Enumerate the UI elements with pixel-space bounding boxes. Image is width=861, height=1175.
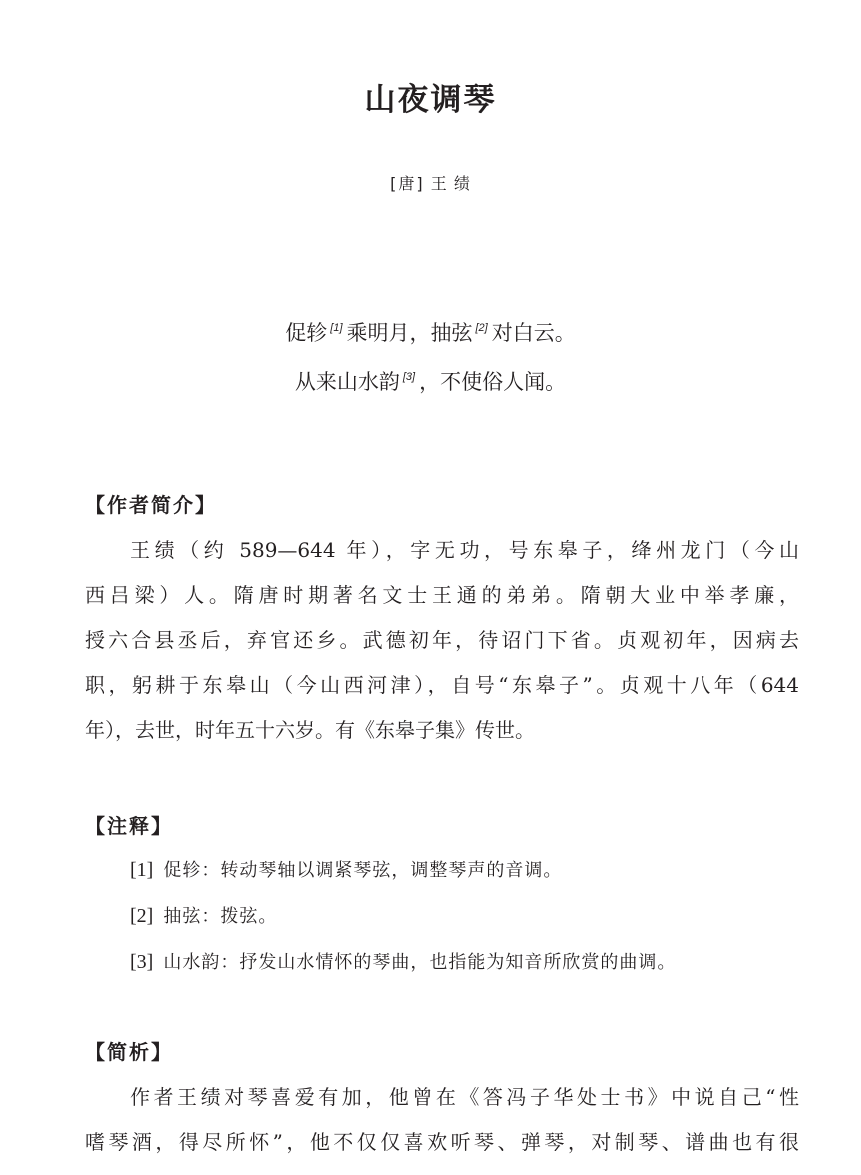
poem-body: 促轸[1]乘明月，抽弦[2]对白云。 从来山水韵[3]，不使俗人闻。 <box>0 306 861 404</box>
text-line: 作者王绩对琴喜爱有加，他曾在《答冯子华处士书》中说自己“性 <box>85 1075 799 1120</box>
section-heading-analysis: 【简析】 <box>85 1037 173 1067</box>
author-dynasty: [唐] <box>390 174 425 193</box>
text-line: 西吕梁）人。隋唐时期著名文士王通的弟弟。隋朝大业中举孝廉， <box>85 573 799 618</box>
note-text: 山水韵：抒发山水情怀的琴曲，也指能为知音所欣赏的曲调。 <box>163 952 676 973</box>
analysis-text: 作者王绩对琴喜爱有加，他曾在《答冯子华处士书》中说自己“性 嗜琴酒，得尽所怀”，… <box>85 1075 799 1165</box>
text-line: 职，躬耕于东皋山（今山西河津），自号“东皋子”。贞观十八年（644 <box>85 663 799 708</box>
poem-text: 对白云。 <box>492 321 576 345</box>
poem-text: 乘明月，抽弦 <box>347 321 473 345</box>
text-line: 授六合县丞后，弃官还乡。武德初年，待诏门下省。贞观初年，因病去 <box>85 618 799 663</box>
text-line: 年），去世，时年五十六岁。有《东皋子集》传世。 <box>85 708 799 753</box>
section-heading-author-intro: 【作者简介】 <box>85 490 217 520</box>
poem-text: 促轸 <box>285 321 327 345</box>
note-item: [1]促轸：转动琴轴以调紧琴弦，调整琴声的音调。 <box>130 847 676 893</box>
author-intro-text: 王绩（约 589—644 年），字无功，号东皋子，绛州龙门（今山 西吕梁）人。隋… <box>85 528 799 753</box>
footnote-ref: [1] <box>330 322 342 334</box>
footnote-ref: [3] <box>403 371 415 383</box>
note-item: [3]山水韵：抒发山水情怀的琴曲，也指能为知音所欣赏的曲调。 <box>130 939 676 985</box>
section-heading-notes: 【注释】 <box>85 811 173 841</box>
note-text: 抽弦：拨弦。 <box>163 906 277 927</box>
note-number: [1] <box>130 859 153 881</box>
note-text: 促轸：转动琴轴以调紧琴弦，调整琴声的音调。 <box>163 860 562 881</box>
poem-line: 从来山水韵[3]，不使俗人闻。 <box>0 355 861 404</box>
notes-list: [1]促轸：转动琴轴以调紧琴弦，调整琴声的音调。 [2]抽弦：拨弦。 [3]山水… <box>130 847 676 985</box>
poem-author: [唐] 王 绩 <box>0 172 861 196</box>
note-number: [3] <box>130 951 153 973</box>
book-page: 山夜调琴 [唐] 王 绩 促轸[1]乘明月，抽弦[2]对白云。 从来山水韵[3]… <box>0 0 861 1175</box>
poem-text: 从来山水韵 <box>295 370 400 394</box>
note-item: [2]抽弦：拨弦。 <box>130 893 676 939</box>
poem-text: ，不使俗人闻。 <box>419 370 566 394</box>
note-number: [2] <box>130 905 153 927</box>
author-name: 王 绩 <box>431 174 471 193</box>
poem-line: 促轸[1]乘明月，抽弦[2]对白云。 <box>0 306 861 355</box>
poem-title: 山夜调琴 <box>0 80 861 120</box>
footnote-ref: [2] <box>476 322 488 334</box>
text-line: 王绩（约 589—644 年），字无功，号东皋子，绛州龙门（今山 <box>85 528 799 573</box>
text-line: 嗜琴酒，得尽所怀”，他不仅仅喜欢听琴、弹琴，对制琴、谱曲也有很 <box>85 1120 799 1165</box>
